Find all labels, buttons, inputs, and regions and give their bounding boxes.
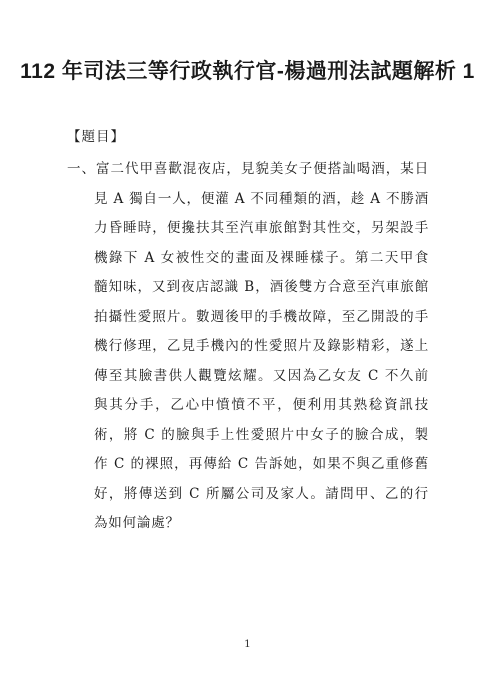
document-page: 112 年司法三等行政執行官-楊過刑法試題解析 1 【題目】 一、富二代甲喜歡混… xyxy=(0,0,495,700)
section-heading-question: 【題目】 xyxy=(67,128,429,146)
page-title: 112 年司法三等行政執行官-楊過刑法試題解析 1 xyxy=(0,58,495,86)
document-body: 【題目】 一、富二代甲喜歡混夜店，見貌美女子便搭訕喝酒，某日見 A 獨自一人，便… xyxy=(0,128,495,539)
question-text: 富二代甲喜歡混夜店，見貌美女子便搭訕喝酒，某日見 A 獨自一人，便灌 A 不同種… xyxy=(94,161,429,531)
question-number-label: 一、 xyxy=(67,161,96,177)
question-paragraph: 一、富二代甲喜歡混夜店，見貌美女子便搭訕喝酒，某日見 A 獨自一人，便灌 A 不… xyxy=(67,155,429,539)
page-number: 1 xyxy=(0,638,495,650)
